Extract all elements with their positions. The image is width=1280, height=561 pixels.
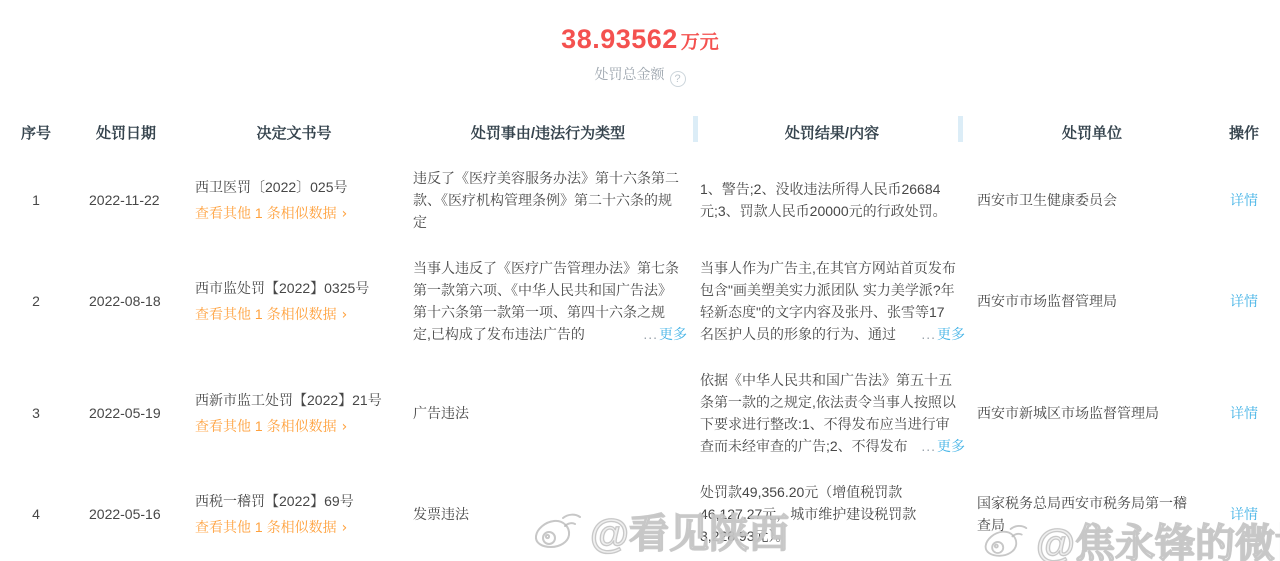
detail-link[interactable]: 详情: [1230, 405, 1258, 421]
detail-link[interactable]: 详情: [1230, 293, 1258, 309]
ellipsis: ...: [921, 326, 936, 342]
col-header-date: 处罚日期: [67, 112, 185, 155]
table-row: 2 2022-08-18 西市监处罚【2022】0325号 查看其他 1 条相似…: [5, 245, 1275, 357]
table-header-row: 序号 处罚日期 决定文书号 处罚事由/违法行为类型 处罚结果/内容 处罚单位 操…: [5, 112, 1275, 155]
chevron-right-icon: ›: [342, 206, 348, 222]
penalty-date: 2022-05-19: [67, 357, 185, 469]
column-edge-highlight: [693, 116, 698, 142]
help-question-icon[interactable]: ?: [670, 71, 686, 87]
col-header-reason: 处罚事由/违法行为类型: [403, 112, 693, 155]
chevron-right-icon: ›: [342, 307, 348, 323]
col-header-index: 序号: [5, 112, 67, 155]
row-index: 2: [5, 245, 67, 357]
row-index: 3: [5, 357, 67, 469]
similar-data-link[interactable]: 查看其他 1 条相似数据›: [195, 515, 347, 540]
row-index: 4: [5, 469, 67, 559]
more-link[interactable]: 更多: [937, 438, 965, 454]
col-header-doc: 决定文书号: [185, 112, 403, 155]
penalty-reason: 发票违法: [413, 503, 679, 525]
col-header-unit: 处罚单位: [971, 112, 1213, 155]
ellipsis: ...: [921, 438, 936, 454]
detail-link[interactable]: 详情: [1230, 192, 1258, 208]
penalty-result: 处罚款49,356.20元（增值税罚款46,127.27元，城市维护建设税罚款3…: [700, 481, 957, 547]
penalty-unit: 西安市新城区市场监督管理局: [971, 357, 1213, 469]
total-amount-value: 38.93562: [561, 24, 678, 54]
penalty-records-page: 38.93562万元 处罚总金额? 序号 处罚日期 决定文书号 处罚事由/违法行…: [0, 0, 1280, 561]
total-amount: 38.93562万元: [0, 24, 1280, 55]
more-link[interactable]: 更多: [937, 326, 965, 342]
doc-number: 西市监处罚【2022】0325号: [195, 276, 389, 300]
penalty-unit: 西安市市场监督管理局: [971, 245, 1213, 357]
doc-number: 西卫医罚〔2022〕025号: [195, 175, 389, 199]
penalty-unit: 西安市卫生健康委员会: [971, 155, 1213, 245]
table-row: 4 2022-05-16 西税一稽罚【2022】69号 查看其他 1 条相似数据…: [5, 469, 1275, 559]
similar-data-link[interactable]: 查看其他 1 条相似数据›: [195, 302, 347, 327]
table-row: 1 2022-11-22 西卫医罚〔2022〕025号 查看其他 1 条相似数据…: [5, 155, 1275, 245]
chevron-right-icon: ›: [342, 520, 348, 536]
penalty-reason: 违反了《医疗美容服务办法》第十六条第二款、《医疗机构管理条例》第二十六条的规定: [413, 167, 679, 233]
penalty-date: 2022-11-22: [67, 155, 185, 245]
total-amount-label: 处罚总金额: [595, 66, 665, 82]
col-header-action: 操作: [1213, 112, 1275, 155]
doc-number: 西新市监工处罚【2022】21号: [195, 388, 389, 412]
row-index: 1: [5, 155, 67, 245]
summary-header: 38.93562万元 处罚总金额?: [0, 24, 1280, 87]
penalty-result: 1、警告;2、没收违法所得人民币26684元;3、罚款人民币20000元的行政处…: [700, 178, 957, 222]
table-row: 3 2022-05-19 西新市监工处罚【2022】21号 查看其他 1 条相似…: [5, 357, 1275, 469]
doc-number: 西税一稽罚【2022】69号: [195, 489, 389, 513]
penalty-reason: 广告违法: [413, 402, 679, 424]
chevron-right-icon: ›: [342, 419, 348, 435]
total-amount-unit: 万元: [681, 32, 719, 53]
penalty-unit: 国家税务总局西安市税务局第一稽查局: [971, 469, 1213, 559]
column-edge-highlight: [958, 116, 963, 142]
penalty-table: 序号 处罚日期 决定文书号 处罚事由/违法行为类型 处罚结果/内容 处罚单位 操…: [5, 112, 1275, 559]
more-link[interactable]: 更多: [659, 326, 687, 342]
similar-data-link[interactable]: 查看其他 1 条相似数据›: [195, 201, 347, 226]
ellipsis: ...: [643, 326, 658, 342]
detail-link[interactable]: 详情: [1230, 506, 1258, 522]
penalty-date: 2022-08-18: [67, 245, 185, 357]
col-header-result: 处罚结果/内容: [693, 112, 971, 155]
penalty-date: 2022-05-16: [67, 469, 185, 559]
similar-data-link[interactable]: 查看其他 1 条相似数据›: [195, 414, 347, 439]
